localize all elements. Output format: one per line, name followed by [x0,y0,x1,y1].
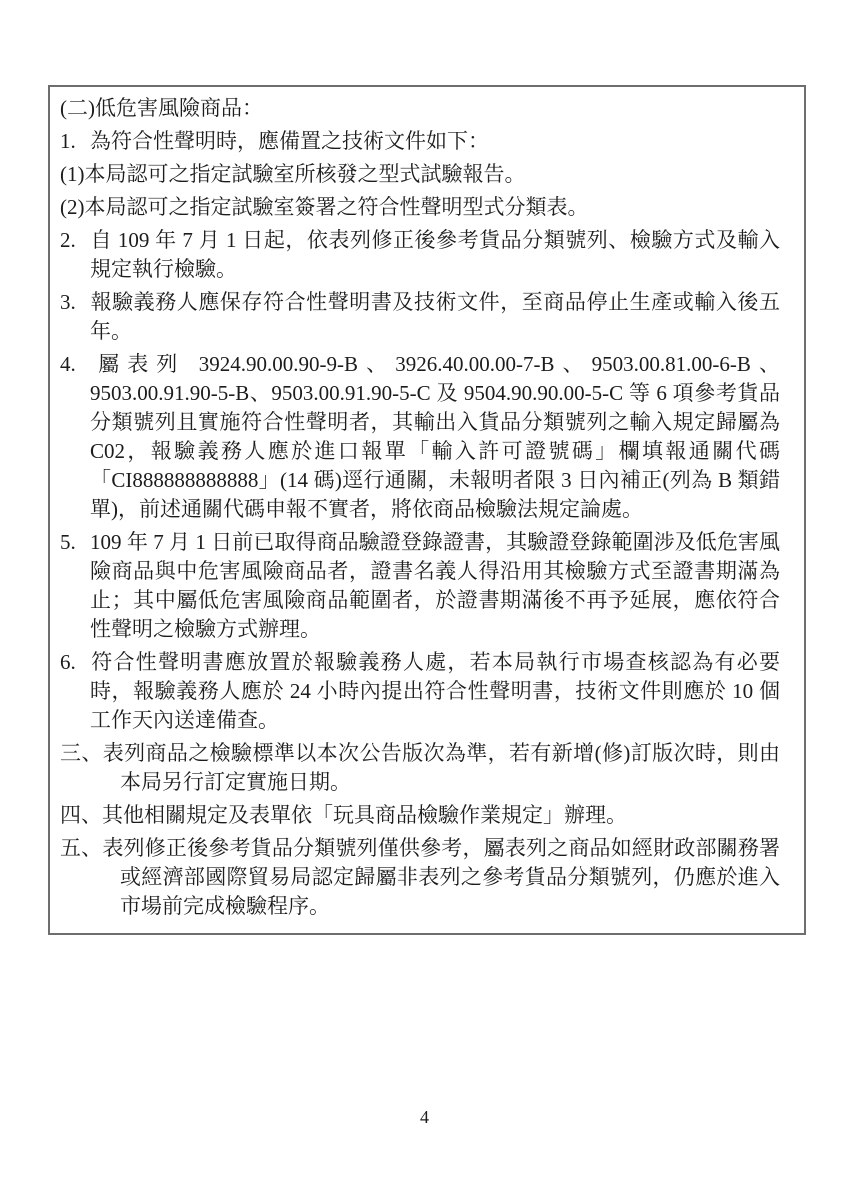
sub-item-1-1: (1)本局認可之指定試驗室所核發之型式試驗報告。 [60,160,780,189]
list-item-1: 1.為符合性聲明時，應備置之技術文件如下： [60,127,780,156]
section-item-5-text: 表列修正後參考貨品分類號列僅供參考，屬表列之商品如經財政部關務署或經濟部國際貿易… [102,836,780,918]
section-2-heading: (二)低危害風險商品： [60,94,780,123]
list-item-6: 6.符合性聲明書應放置於報驗義務人處，若本局執行市場查核認為有必要時，報驗義務人… [60,648,780,735]
list-item-3: 3.報驗義務人應保存符合性聲明書及技術文件，至商品停止生產或輸入後五年。 [60,288,780,346]
section-item-3: 三、表列商品之檢驗標準以本次公告版次為準，若有新增(修)訂版次時，則由本局另行訂… [60,739,780,797]
list-item-5-number: 5. [60,528,90,557]
list-item-5: 5.109 年 7 月 1 日前已取得商品驗證登錄證書，其驗證登錄範圍涉及低危害… [60,528,780,644]
list-item-4-text: 屬表列 3924.90.00.90-9-B、3926.40.00.00-7-B、… [90,352,780,521]
list-item-5-text: 109 年 7 月 1 日前已取得商品驗證登錄證書，其驗證登錄範圍涉及低危害風險… [90,530,780,641]
section-item-4-text: 其他相關規定及表單依「玩具商品檢驗作業規定」辦理。 [102,803,627,827]
section-item-5: 五、表列修正後參考貨品分類號列僅供參考，屬表列之商品如經財政部關務署或經濟部國際… [60,834,780,921]
list-item-6-number: 6. [60,648,90,677]
section-item-3-number: 三、 [60,741,103,765]
list-item-3-number: 3. [60,288,90,317]
sub-item-1-2: (2)本局認可之指定試驗室簽署之符合性聲明型式分類表。 [60,193,780,222]
page-number: 4 [0,1105,849,1129]
content-border-box: (二)低危害風險商品： 1.為符合性聲明時，應備置之技術文件如下： (1)本局認… [48,85,806,935]
document-page: (二)低危害風險商品： 1.為符合性聲明時，應備置之技術文件如下： (1)本局認… [0,0,849,1200]
list-item-6-text: 符合性聲明書應放置於報驗義務人處，若本局執行市場查核認為有必要時，報驗義務人應於… [90,650,780,732]
list-item-2-text: 自 109 年 7 月 1 日起，依表列修正後參考貨品分類號列、檢驗方式及輸入規… [90,228,780,281]
section-item-5-number: 五、 [60,836,102,860]
section-item-3-text: 表列商品之檢驗標準以本次公告版次為準，若有新增(修)訂版次時，則由本局另行訂定實… [103,741,780,794]
list-item-4-number: 4. [60,350,90,379]
list-item-4: 4.屬表列 3924.90.00.90-9-B、3926.40.00.00-7-… [60,350,780,524]
list-item-3-text: 報驗義務人應保存符合性聲明書及技術文件，至商品停止生產或輸入後五年。 [90,290,780,343]
section-item-4-number: 四、 [60,803,102,827]
list-item-1-number: 1. [60,127,90,156]
section-item-4: 四、其他相關規定及表單依「玩具商品檢驗作業規定」辦理。 [60,801,780,830]
list-item-2: 2.自 109 年 7 月 1 日起，依表列修正後參考貨品分類號列、檢驗方式及輸… [60,226,780,284]
list-item-2-number: 2. [60,226,90,255]
list-item-1-text: 為符合性聲明時，應備置之技術文件如下： [90,129,489,153]
